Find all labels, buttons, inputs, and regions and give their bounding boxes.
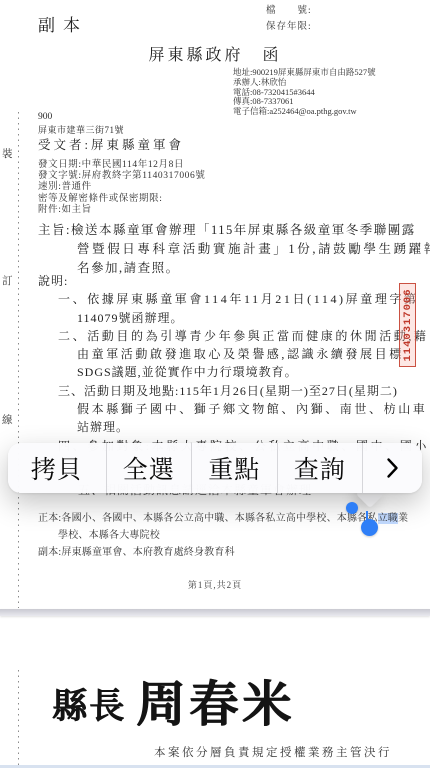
retention-label: 保存年限: xyxy=(266,18,312,32)
file-number-label: 檔 號: xyxy=(266,2,312,16)
copy-mark: 副本 xyxy=(38,11,88,36)
meta-line: 發文字號:屏府教終字第1140317006號 xyxy=(38,171,206,182)
binding-dotted-line-page2 xyxy=(18,670,19,766)
menu-action-button[interactable]: 全選 xyxy=(106,443,192,493)
explanation-block: 說明:一、依據屏東縣童軍會114年11月21日(114)屏童理字第114079號… xyxy=(38,272,429,455)
explanation-line: 假本縣獅子國中、獅子鄉文物館、內獅、南世、枋山車 xyxy=(38,400,429,418)
signature-block: 縣長 周春米 xyxy=(52,680,295,729)
agency-info-block: 地址:900219屏東縣屏東市自由路527號承辦人:林欣怡電話:08-73204… xyxy=(233,68,376,117)
menu-more-button[interactable] xyxy=(362,443,422,493)
explanation-line: 三、活動日期及地點:115年1月26日(星期一)至27日(星期二) xyxy=(38,382,429,400)
authorization-note: 本案依分層負責規定授權業務主管決行 xyxy=(154,744,392,760)
chevron-right-icon xyxy=(386,457,399,479)
binding-char-zhuang: 裝 xyxy=(2,146,13,161)
cc-recipients-line: 副本:屏東縣童軍會、本府教育處終身教育科 xyxy=(38,544,408,561)
explanation-line: 站辦理。 xyxy=(38,418,429,436)
explanation-line: 一、依據屏東縣童軍會114年11月21日(114)屏童理字第 xyxy=(38,290,429,308)
menu-action-button[interactable]: 拷貝 xyxy=(8,443,106,493)
original-recipients-line2: 學校、本縣各大專院校 xyxy=(38,527,408,544)
explanation-line: 114079號函辦理。 xyxy=(38,309,429,327)
document-viewer: 檔 號: 保存年限: 副本 屏東縣政府 函 地址:900219屏東縣屏東市自由路… xyxy=(0,0,430,768)
subject-line: 主旨:檢送本縣童軍會辦理「115年屏東縣各級童軍冬季聯團露 xyxy=(38,221,430,240)
page-number: 第1頁,共2頁 xyxy=(0,578,430,591)
binding-char-ding: 訂 xyxy=(2,273,13,288)
text-selection-menu: 拷貝全選重點查詢 xyxy=(8,443,422,493)
selection-handle-end[interactable] xyxy=(361,519,378,536)
stamp-number: 1140317006 xyxy=(402,283,414,367)
document-title: 屏東縣政府 函 xyxy=(0,42,430,65)
menu-action-button[interactable]: 重點 xyxy=(191,443,277,493)
explanation-line: 由童軍活動啟發進取心及榮譽感,認識永續發展目標 xyxy=(38,345,429,363)
binding-char-xian: 線 xyxy=(2,412,13,427)
meta-line: 附件:如主旨 xyxy=(38,205,206,216)
binding-dotted-line xyxy=(18,112,19,608)
signer-title: 縣長 xyxy=(52,689,126,724)
recipient-line: 受文者:屏東縣童軍會 xyxy=(38,135,184,153)
subject-block: 主旨:檢送本縣童軍會辦理「115年屏東縣各級童軍冬季聯團露營暨假日專科章活動實施… xyxy=(38,221,430,278)
copies-block: 正本:各國小、各國中、本縣各公立高中職、本縣各私立高中學校、本縣各私立職業 學校… xyxy=(38,510,408,561)
meta-line: 速別:普通件 xyxy=(38,182,206,193)
recipient-zip: 900 xyxy=(38,112,52,122)
explanation-line: 二、活動目的為引導青少年參與正當而健康的休閒活動,藉 xyxy=(38,327,429,345)
agency-line: 電子信箱:a252464@oa.pthg.gov.tw xyxy=(233,107,376,117)
selected-text[interactable]: 立職 xyxy=(378,513,398,524)
meta-line: 密等及解密條件或保密期限: xyxy=(38,194,206,205)
explanation-line: 說明: xyxy=(38,272,429,290)
original-post: 業 xyxy=(398,513,408,524)
selection-handle-start[interactable] xyxy=(346,502,358,514)
menu-action-button[interactable]: 查詢 xyxy=(277,443,363,493)
explanation-line: SDGS議題,並從實作中力行環境教育。 xyxy=(38,363,429,381)
subject-line: 營暨假日專科章活動實施計畫」1份,請鼓勵學生踴躍報 xyxy=(38,240,430,259)
original-pre: 正本:各國小、各國中、本縣各公立高中職、本縣各私立高中學校、本縣各私 xyxy=(38,513,378,524)
signer-name: 周春米 xyxy=(136,680,295,729)
meta-line: 發文日期:中華民國114年12月8日 xyxy=(38,160,206,171)
document-meta-block: 發文日期:中華民國114年12月8日發文字號:屏府教終字第1140317006號… xyxy=(38,160,206,216)
document-number-stamp: 1140317006 xyxy=(399,283,416,367)
page-break-divider xyxy=(0,609,430,616)
